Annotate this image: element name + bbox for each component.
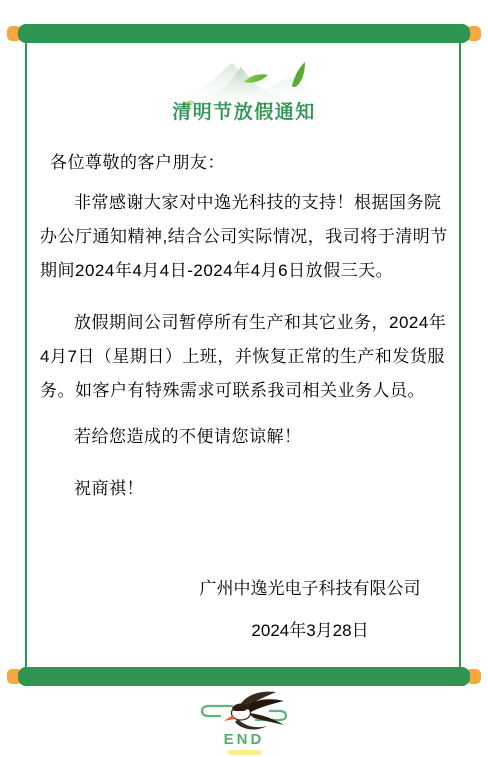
swallow-icon	[194, 691, 294, 733]
signature-date: 2024年3月28日	[170, 614, 450, 648]
end-label: END	[0, 731, 488, 748]
swallow-art	[194, 691, 294, 733]
greeting-line: 各位尊敬的客户朋友：	[50, 146, 450, 180]
paragraph-resume-work: 放假期间公司暂停所有生产和其它业务，2024年4月7日（星期日）上班，并恢复正常…	[40, 306, 450, 408]
paragraph-holiday-dates: 非常感谢大家对中逸光科技的支持！根据国务院办公厅通知精神,结合公司实际情况，我司…	[40, 186, 450, 288]
scroll-edge-right	[459, 42, 461, 668]
scroll-roller-bottom	[18, 667, 470, 686]
paragraph-apology: 若给您造成的不便请您谅解！	[40, 420, 450, 454]
end-underline	[228, 750, 261, 755]
scroll-roller-top	[18, 24, 470, 43]
paragraph-best-wishes: 祝商祺！	[40, 472, 450, 506]
notice-body: 各位尊敬的客户朋友： 非常感谢大家对中逸光科技的支持！根据国务院办公厅通知精神,…	[40, 146, 450, 506]
scroll-edge-left	[25, 42, 27, 668]
page-title: 清明节放假通知	[0, 97, 488, 124]
swirl-left-icon	[202, 706, 232, 716]
signature-company: 广州中逸光电子科技有限公司	[170, 572, 450, 606]
